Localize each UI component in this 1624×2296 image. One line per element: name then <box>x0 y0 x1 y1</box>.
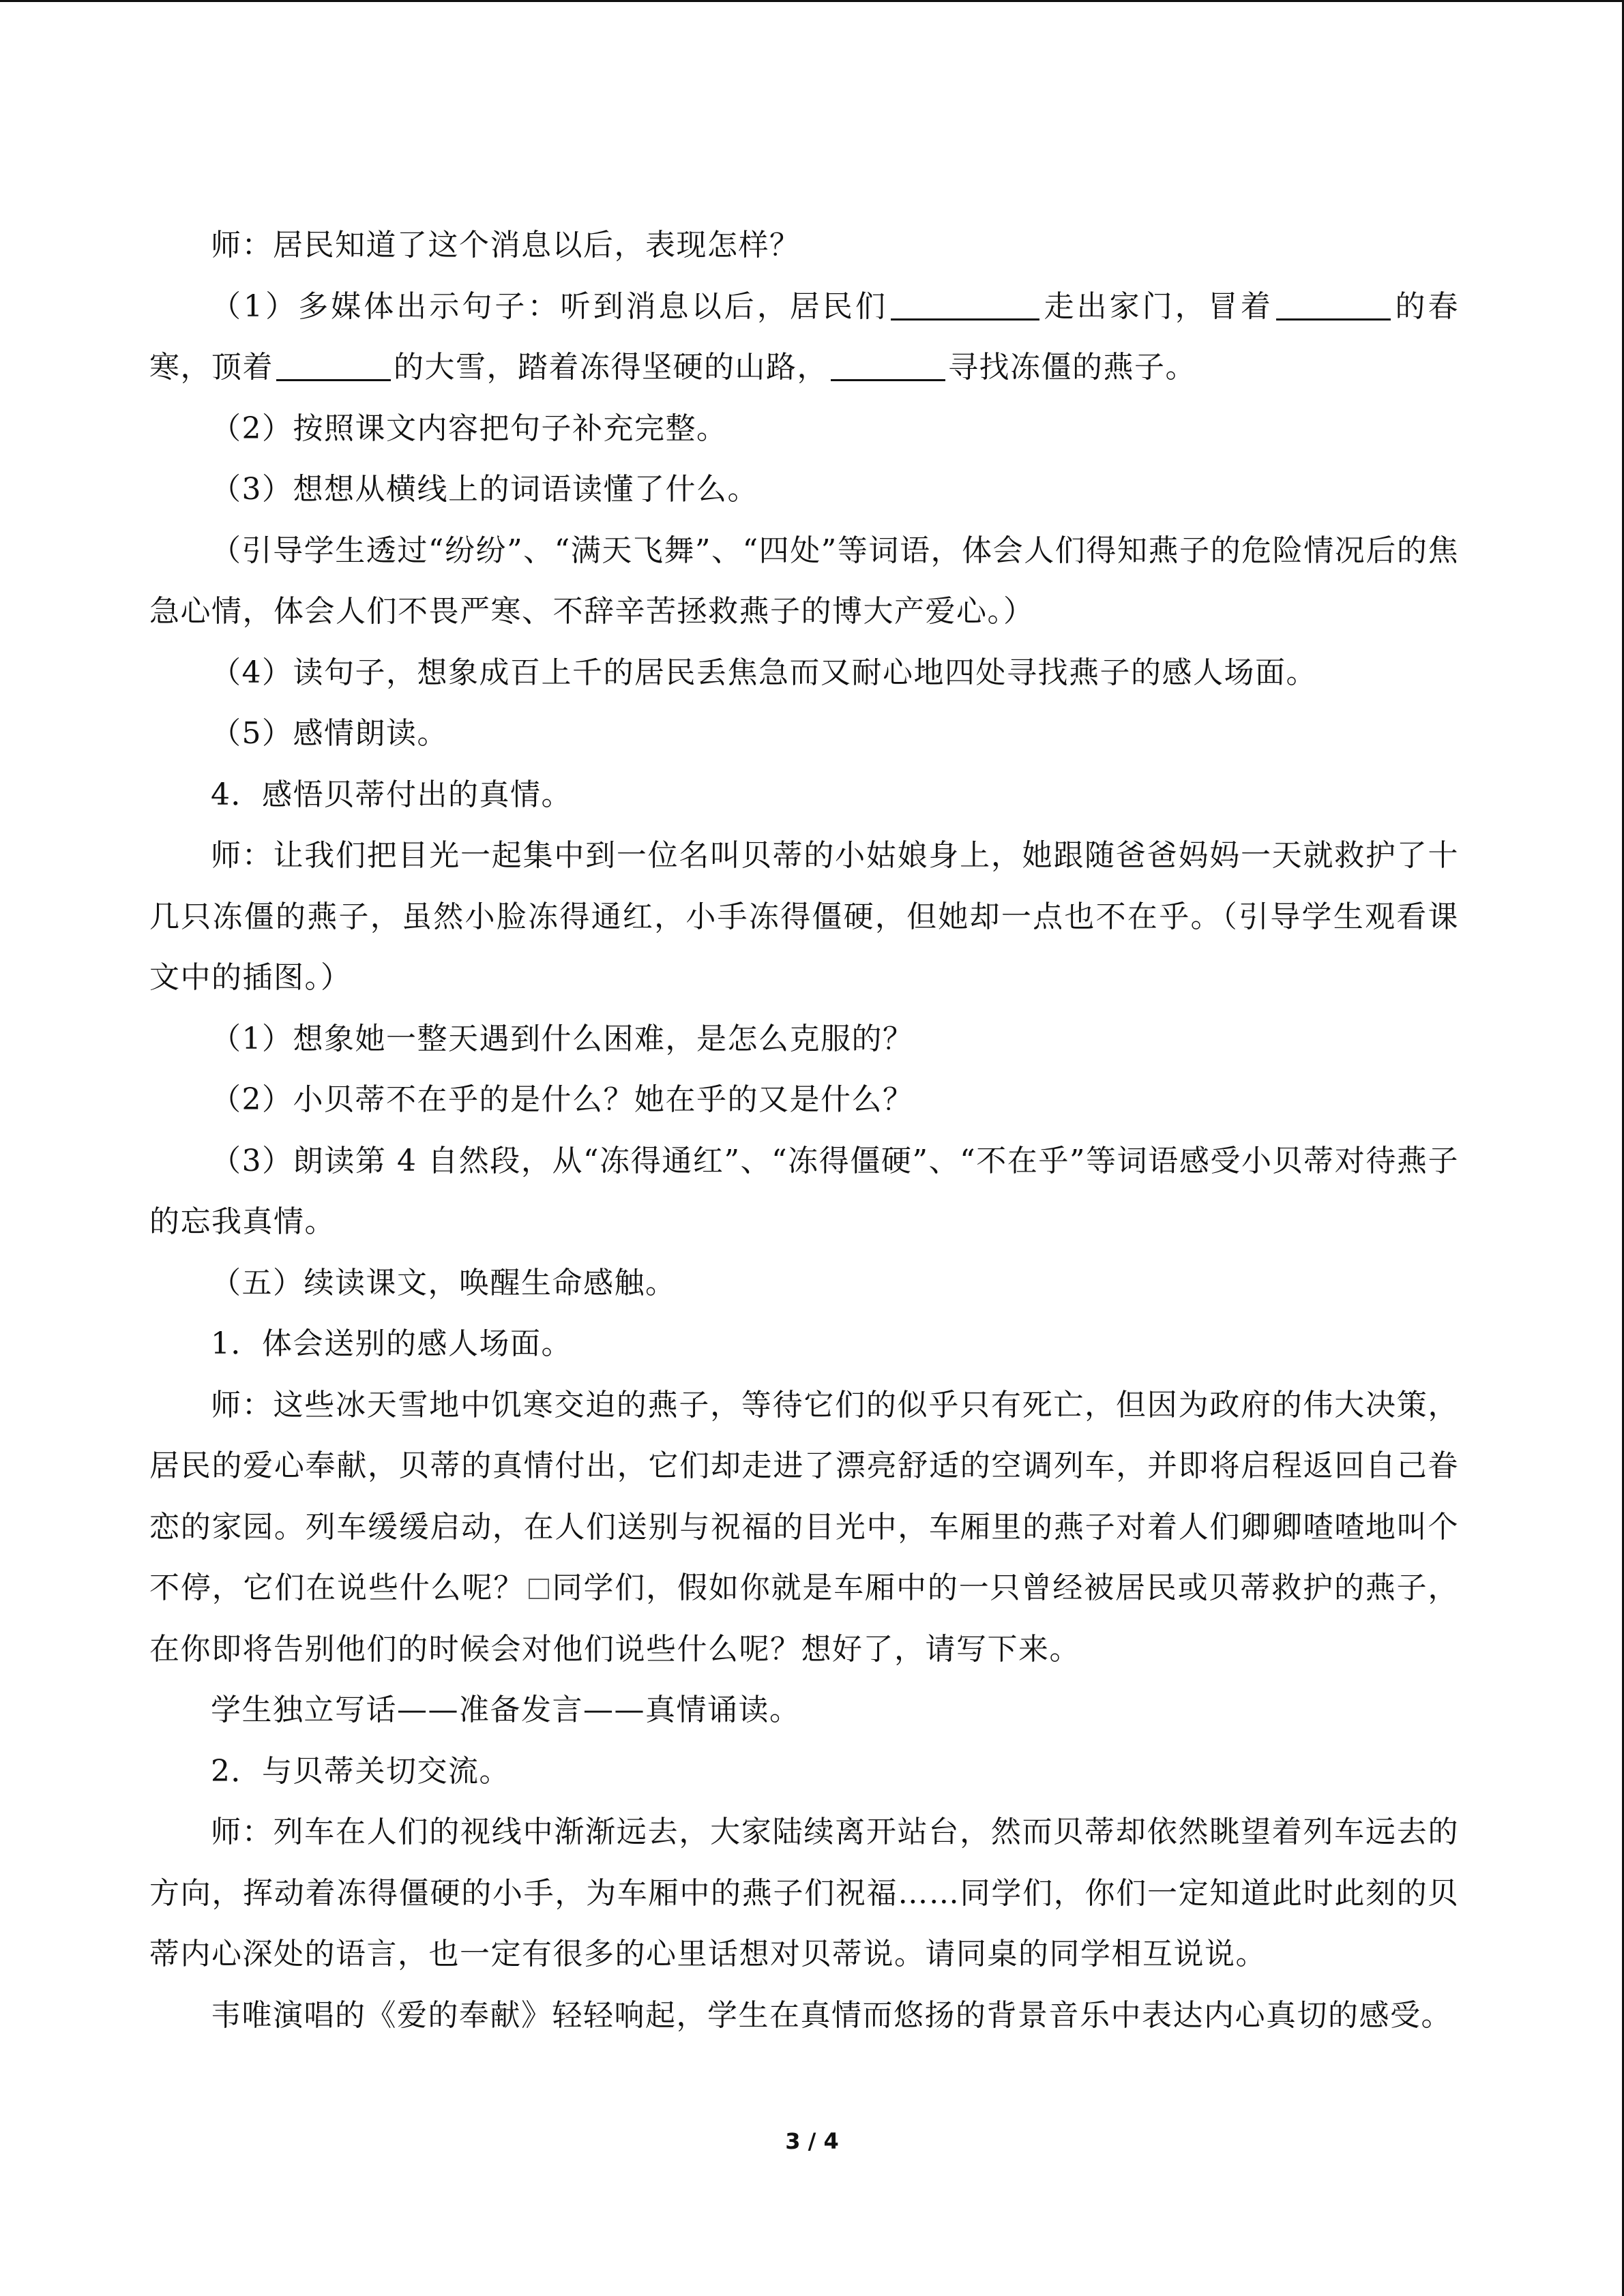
paragraph-question-1: （1）想象她一整天遇到什么困难，是怎么克服的？ <box>149 1009 1459 1070</box>
empty-box-icon <box>529 1579 549 1599</box>
paragraph-music: 韦唯演唱的《爱的奉献》轻轻响起，学生在真情而悠扬的背景音乐中表达内心真切的感受。 <box>149 1985 1459 2046</box>
paragraph-fill-in-sentence: （1）多媒体出示句子：听到消息以后，居民们走出家门，冒着的春寒，顶着的大雪，踏着… <box>149 276 1459 398</box>
paragraph-guidance-note: （引导学生透过“纷纷”、“满天飞舞”、“四处”等词语，体会人们得知燕子的危险情况… <box>149 520 1459 642</box>
paragraph-question-2: （2）小贝蒂不在乎的是什么？她在乎的又是什么？ <box>149 1069 1459 1131</box>
paragraph-step-4: （4）读句子，想象成百上千的居民丢焦急而又耐心地四处寻找燕子的感人场面。 <box>149 642 1459 704</box>
document-body: 师：居民知道了这个消息以后，表现怎样？ （1）多媒体出示句子：听到消息以后，居民… <box>149 215 1459 2046</box>
paragraph-teacher-betty: 师：让我们把目光一起集中到一位名叫贝蒂的小姑娘身上，她跟随爸爸妈妈一天就救护了十… <box>149 825 1459 1009</box>
paragraph-question-3: （3）朗读第 4 自然段，从“冻得通红”、“冻得僵硬”、“不在乎”等词语感受小贝… <box>149 1131 1459 1253</box>
sentence-segment: 走出家门，冒着 <box>1042 289 1273 324</box>
paragraph-step-5: （5）感情朗读。 <box>149 703 1459 764</box>
page-number: 3 / 4 <box>0 2128 1624 2154</box>
section-heading-4: 4．感悟贝蒂付出的真情。 <box>149 764 1459 826</box>
fill-blank-3 <box>276 352 391 381</box>
fill-blank-1 <box>891 291 1039 320</box>
section-heading-2: 2．与贝蒂关切交流。 <box>149 1741 1459 1802</box>
sentence-segment: 的大雪，踏着冻得坚硬的山路， <box>394 350 828 385</box>
paragraph-teacher-farewell: 师：这些冰天雪地中饥寒交迫的燕子，等待它们的似乎只有死亡，但因为政府的伟大决策，… <box>149 1375 1459 1680</box>
paragraph-teacher-train: 师：列车在人们的视线中渐渐远去，大家陆续离开站台，然而贝蒂却依然眺望着列车远去的… <box>149 1802 1459 1985</box>
sentence-segment: 寻找冻僵的燕子。 <box>948 350 1196 385</box>
paragraph-step-3: （3）想想从横线上的词语读懂了什么。 <box>149 459 1459 520</box>
paragraph-step-2: （2）按照课文内容把句子补充完整。 <box>149 398 1459 460</box>
fill-blank-2 <box>1276 291 1391 320</box>
sentence-segment: （1）多媒体出示句子：听到消息以后，居民们 <box>211 289 888 324</box>
paragraph-teacher-question: 师：居民知道了这个消息以后，表现怎样？ <box>149 215 1459 276</box>
section-heading-1: 1．体会送别的感人场面。 <box>149 1313 1459 1375</box>
fill-blank-4 <box>831 352 945 381</box>
document-page: 师：居民知道了这个消息以后，表现怎样？ （1）多媒体出示句子：听到消息以后，居民… <box>0 0 1624 2296</box>
section-heading-five: （五）续读课文，唤醒生命感触。 <box>149 1253 1459 1314</box>
paragraph-student-activity: 学生独立写话——准备发言——真情诵读。 <box>149 1680 1459 1741</box>
